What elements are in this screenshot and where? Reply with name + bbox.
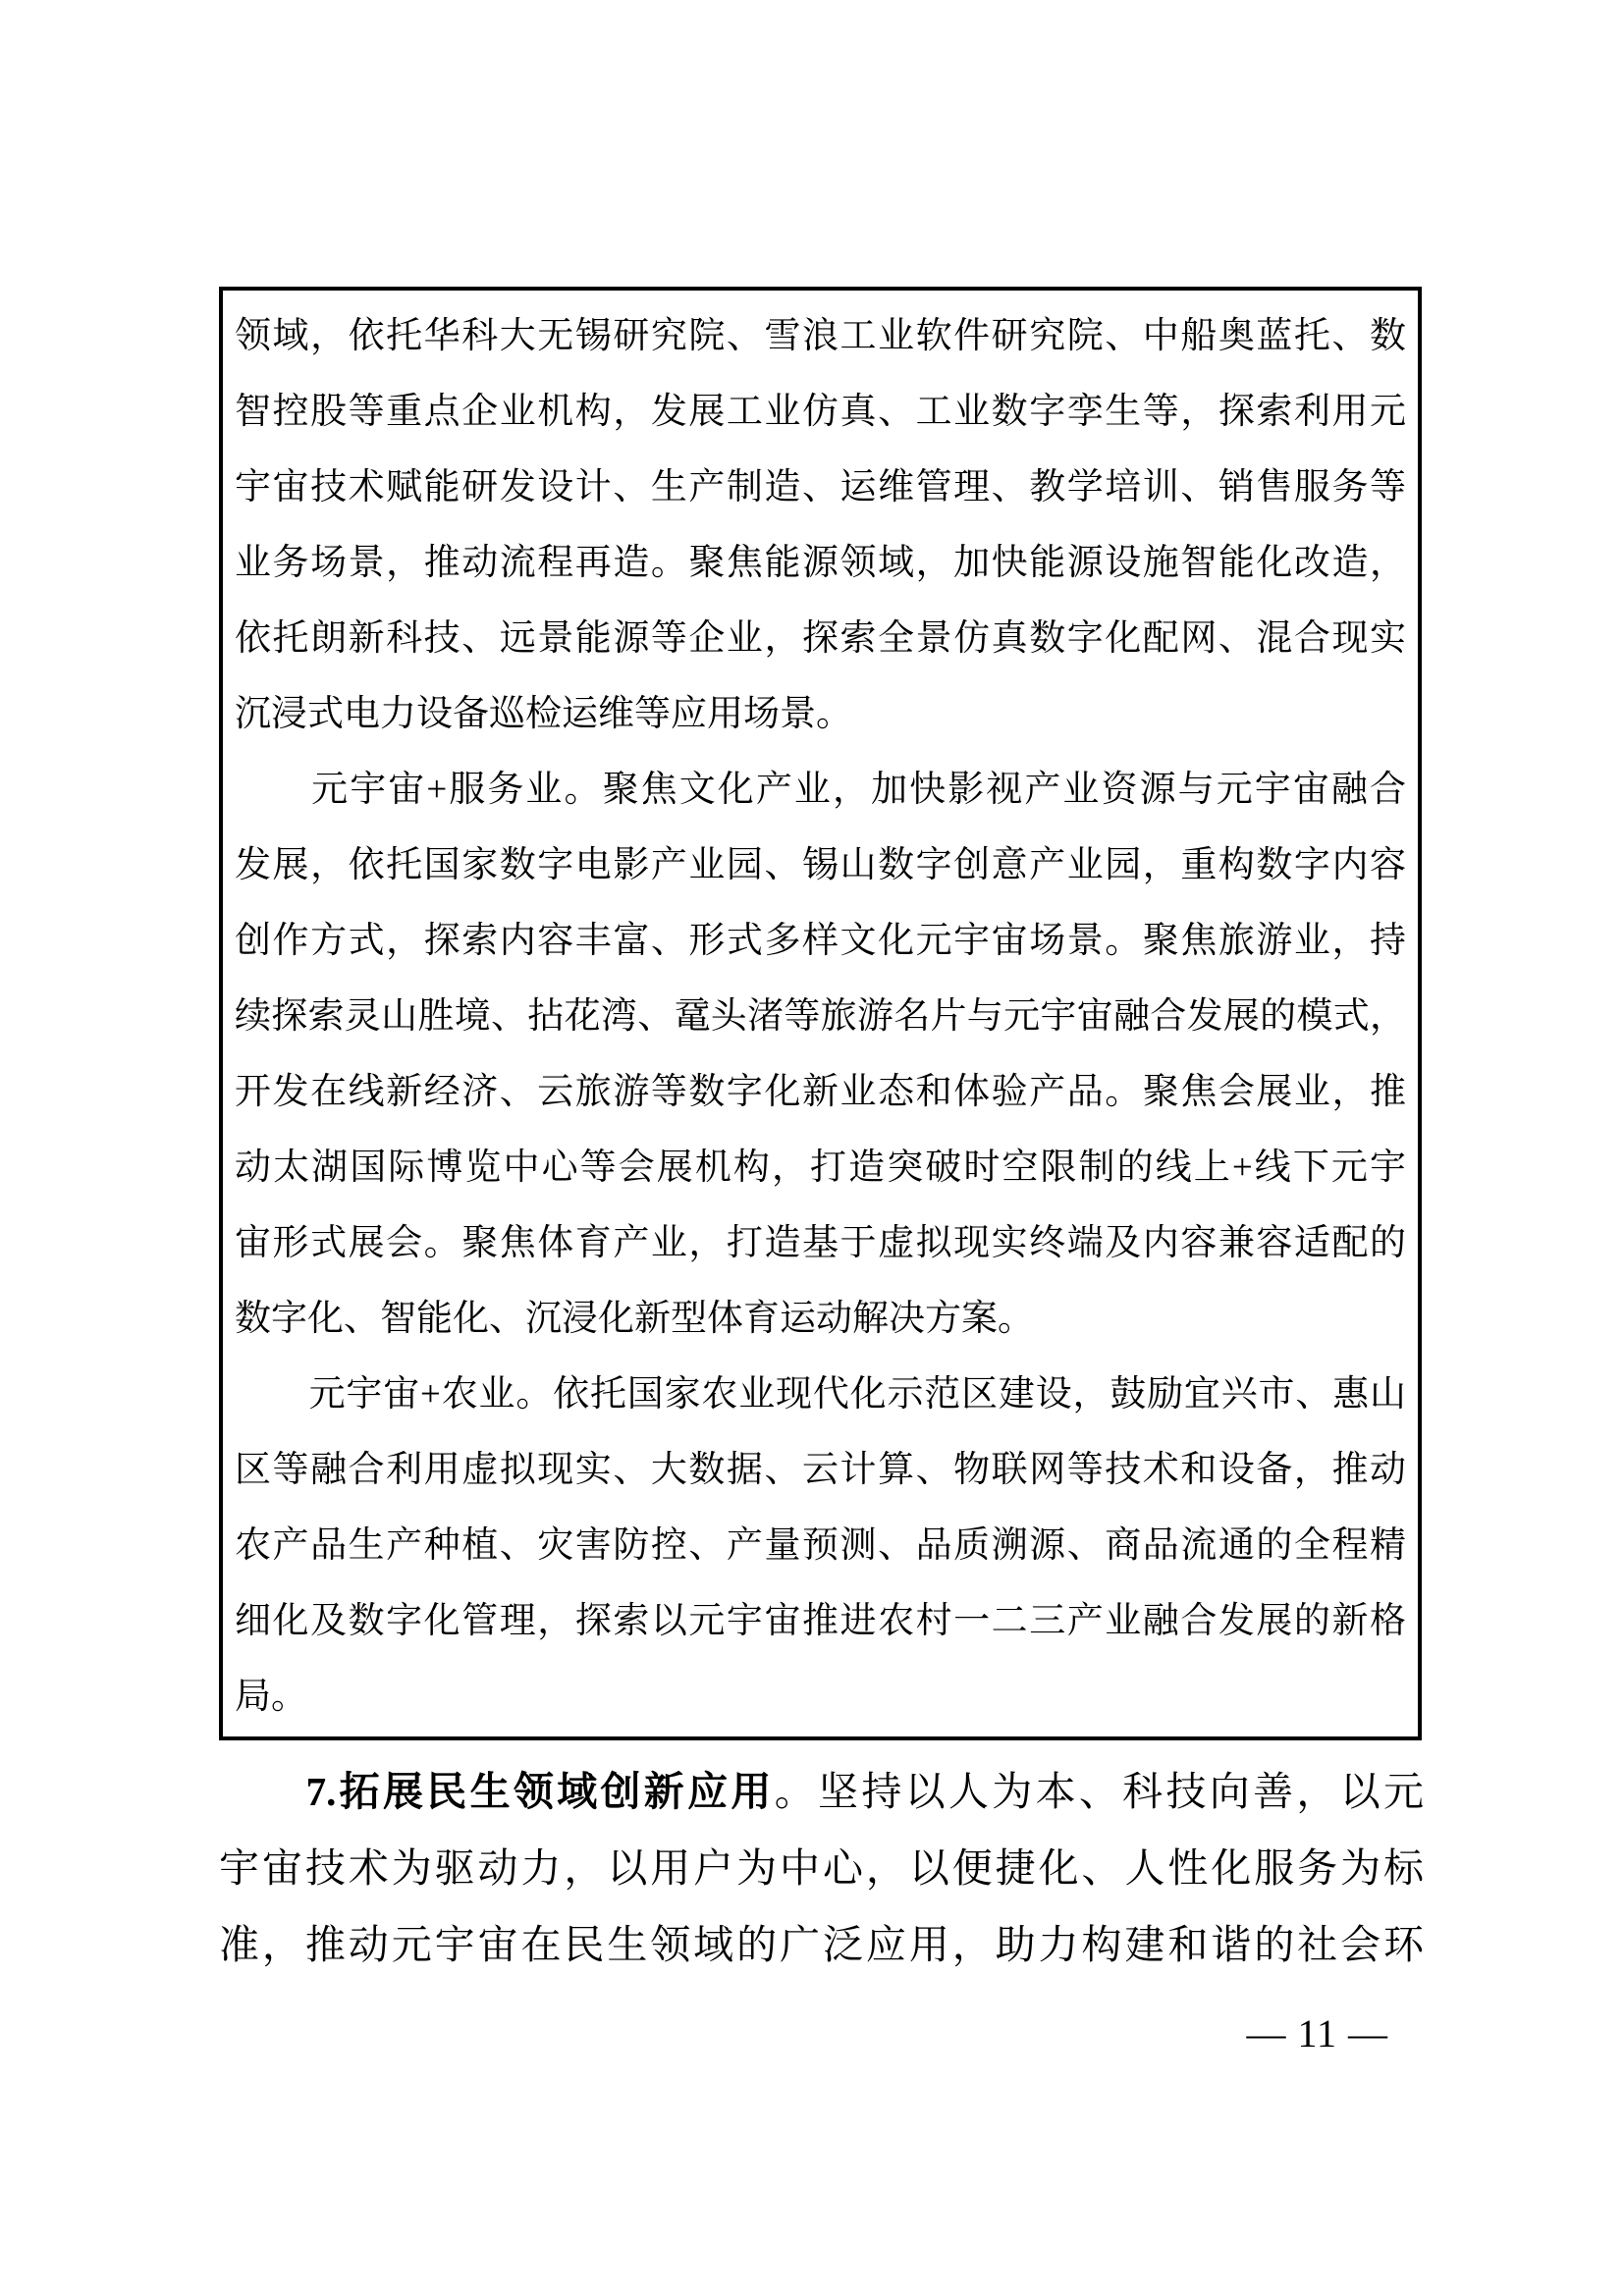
text-line: 智控股等重点企业机构，发展工业仿真、工业数字孪生等，探索利用元 bbox=[235, 374, 1406, 450]
text-line: 业务场景，推动流程再造。聚焦能源领域，加快能源设施智能化改造， bbox=[235, 525, 1406, 601]
text-line: 开发在线新经济、云旅游等数字化新业态和体验产品。聚焦会展业，推 bbox=[235, 1054, 1406, 1130]
page-number: — 11 — bbox=[1246, 2010, 1388, 2057]
document-page: { "page": { "number_label": "— 11 —" }, … bbox=[0, 0, 1624, 2296]
text-line: 数字化、智能化、沉浸化新型体育运动解决方案。 bbox=[235, 1281, 1406, 1357]
text-line: 宇宙技术赋能研发设计、生产制造、运维管理、教学培训、销售服务等 bbox=[235, 450, 1406, 525]
text-line: 元宇宙+服务业。聚焦文化产业，加快影视产业资源与元宇宙融合 bbox=[235, 752, 1406, 828]
section-7-heading: 7.拓展民生领域创新应用 bbox=[219, 1769, 775, 1814]
text-line: 7.拓展民生领域创新应用。坚持以人为本、科技向善，以元 bbox=[219, 1753, 1424, 1830]
text-line: 细化及数字化管理，探索以元宇宙推进农村一二三产业融合发展的新格 bbox=[235, 1583, 1406, 1659]
text-line: 动太湖国际博览中心等会展机构，打造突破时空限制的线上+线下元宇 bbox=[235, 1130, 1406, 1205]
text-line: 局。 bbox=[235, 1659, 1406, 1735]
text-line: 续探索灵山胜境、拈花湾、鼋头渚等旅游名片与元宇宙融合发展的模式， bbox=[235, 979, 1406, 1054]
text-line: 依托朗新科技、远景能源等企业，探索全景仿真数字化配网、混合现实 bbox=[235, 601, 1406, 676]
text-line: 区等融合利用虚拟现实、大数据、云计算、物联网等技术和设备，推动 bbox=[235, 1432, 1406, 1508]
section-7-text-start: 。坚持以人为本、科技向善，以元 bbox=[775, 1769, 1424, 1814]
text-line: 沉浸式电力设备巡检运维等应用场景。 bbox=[235, 676, 1406, 752]
section-7-paragraph: 7.拓展民生领域创新应用。坚持以人为本、科技向善，以元 宇宙技术为驱动力，以用户… bbox=[219, 1753, 1424, 1983]
text-line: 宙形式展会。聚焦体育产业，打造基于虚拟现实终端及内容兼容适配的 bbox=[235, 1205, 1406, 1281]
text-line: 领域，依托华科大无锡研究院、雪浪工业软件研究院、中船奥蓝托、数 bbox=[235, 298, 1406, 374]
text-line: 元宇宙+农业。依托国家农业现代化示范区建设，鼓励宜兴市、惠山 bbox=[235, 1357, 1406, 1432]
text-line: 创作方式，探索内容丰富、形式多样文化元宇宙场景。聚焦旅游业，持 bbox=[235, 903, 1406, 979]
excerpt-border-box: 领域，依托华科大无锡研究院、雪浪工业软件研究院、中船奥蓝托、数智控股等重点企业机… bbox=[219, 287, 1422, 1740]
text-line: 准，推动元宇宙在民生领域的广泛应用，助力构建和谐的社会环 bbox=[219, 1906, 1424, 1983]
boxed-text: 领域，依托华科大无锡研究院、雪浪工业软件研究院、中船奥蓝托、数智控股等重点企业机… bbox=[235, 298, 1406, 1735]
text-line: 农产品生产种植、灾害防控、产量预测、品质溯源、商品流通的全程精 bbox=[235, 1508, 1406, 1583]
text-line: 宇宙技术为驱动力，以用户为中心，以便捷化、人性化服务为标 bbox=[219, 1830, 1424, 1906]
text-line: 发展，依托国家数字电影产业园、锡山数字创意产业园，重构数字内容 bbox=[235, 828, 1406, 903]
